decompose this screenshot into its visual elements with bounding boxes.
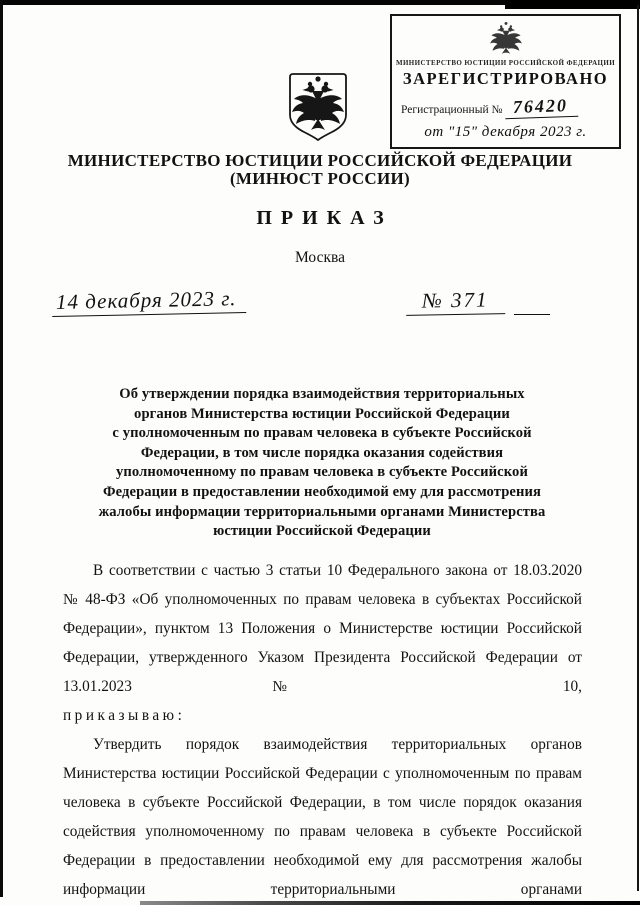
- decree-word: приказываю:: [63, 701, 582, 730]
- stamp-registration-date: от "15" декабря 2023 г.: [392, 124, 619, 141]
- ministry-name: МИНИСТЕРСТВО ЮСТИЦИИ РОССИЙСКОЙ ФЕДЕРАЦИ…: [0, 152, 640, 170]
- scanned-order-page: МИНИСТЕРСТВО ЮСТИЦИИ РОССИЙСКОЙ ФЕДЕРАЦИ…: [0, 0, 640, 905]
- order-number-wrap: № 371: [406, 288, 550, 315]
- order-title-line: с уполномоченным по правам человека в су…: [68, 424, 576, 444]
- body-paragraph-1: В соответствии с частью 3 статьи 10 Феде…: [63, 556, 582, 701]
- russia-coat-of-arms-icon: [287, 71, 349, 141]
- order-title-line: юстиции Российской Федерации: [68, 522, 576, 542]
- stamp-ministry-line: МИНИСТЕРСТВО ЮСТИЦИИ РОССИЙСКОЙ ФЕДЕРАЦИ…: [392, 59, 619, 67]
- order-title-line: Федерации в предоставлении необходимой е…: [68, 483, 576, 503]
- order-title-line: жалобы информации территориальными орган…: [68, 503, 576, 523]
- order-title-line: Об утверждении порядка взаимодействия те…: [68, 385, 576, 405]
- order-title-line: уполномоченному по правам человека в суб…: [68, 463, 576, 483]
- body-paragraph-2: Утвердить порядок взаимодействия террито…: [63, 730, 582, 904]
- order-title-line: Федерации, в том числе порядка оказания …: [68, 444, 576, 464]
- ministry-name-block: МИНИСТЕРСТВО ЮСТИЦИИ РОССИЙСКОЙ ФЕДЕРАЦИ…: [0, 152, 640, 188]
- date-number-line: 14 декабря 2023 г. № 371: [0, 286, 640, 328]
- stamp-reg-number-label: Регистрационный №: [401, 104, 502, 116]
- order-date-handwritten: 14 декабря 2023 г.: [52, 286, 247, 317]
- scan-right-bar: [637, 5, 639, 891]
- stamp-registered-label: ЗАРЕГИСТРИРОВАНО: [392, 69, 619, 89]
- scan-left-bar: [0, 0, 3, 897]
- ministry-short-name: (МИНЮСТ РОССИИ): [0, 170, 640, 188]
- scan-top-bar-right: [505, 0, 640, 9]
- order-title: Об утверждении порядка взаимодействия те…: [68, 385, 576, 542]
- order-number-underline: [514, 291, 550, 315]
- stamp-reg-number-value: 76420: [505, 95, 579, 120]
- stamp-eagle-icon: [487, 21, 525, 55]
- order-number-handwritten: № 371: [406, 287, 505, 316]
- registration-stamp: МИНИСТЕРСТВО ЮСТИЦИИ РОССИЙСКОЙ ФЕДЕРАЦИ…: [390, 14, 621, 149]
- order-body: В соответствии с частью 3 статьи 10 Феде…: [63, 556, 582, 904]
- document-type-title: ПРИКАЗ: [0, 207, 640, 230]
- city-label: Москва: [0, 249, 640, 267]
- stamp-registration-number: Регистрационный № 76420: [401, 97, 578, 119]
- order-title-line: органов Министерства юстиции Российской …: [68, 405, 576, 425]
